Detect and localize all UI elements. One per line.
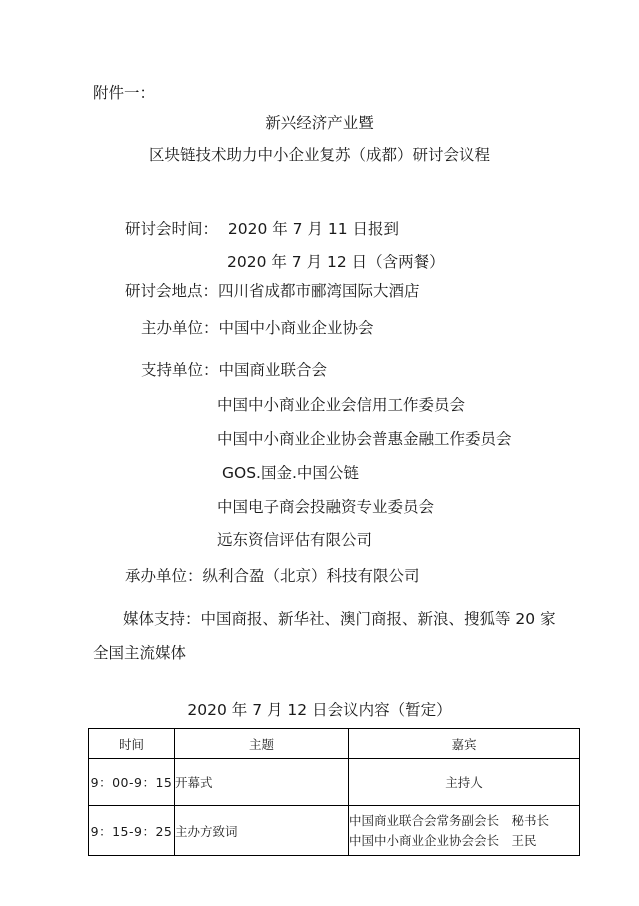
meeting-time-line-1: 研讨会时间： 2020 年 7 月 11 日报到: [125, 221, 399, 239]
agenda-row-host-speech: 9：15-9：25 主办方致词 中国商业联合会常务副会长 秘书长 中国中小商业企…: [89, 806, 580, 856]
agenda-table-header-row: 时间 主题 嘉宾: [89, 729, 580, 759]
agenda-row-opening: 9：00-9：15 开幕式 主持人: [89, 759, 580, 806]
media-support-line-1: 媒体支持：中国商报、新华社、澳门商报、新浪、搜狐等 20 家: [123, 611, 556, 629]
column-header-time: 时间: [89, 729, 175, 759]
column-header-topic: 主题: [175, 729, 349, 759]
supporting-org-line-2: 中国中小商业企业会信用工作委员会: [217, 397, 465, 415]
agenda-section-title: 2020 年 7 月 12 日会议内容（暂定）: [0, 702, 639, 720]
guest-cell: 主持人: [349, 759, 580, 806]
guest-cell: 中国商业联合会常务副会长 秘书长 中国中小商业企业协会会长 王民: [349, 806, 580, 856]
supporting-org-line-4: GOS.国金.中国公链: [222, 465, 359, 483]
supporting-org-line-3: 中国中小商业企业协会普惠金融工作委员会: [217, 431, 512, 449]
topic-cell: 主办方致词: [175, 806, 349, 856]
organizer-line: 承办单位：纵利合盈（北京）科技有限公司: [125, 568, 420, 586]
time-cell: 9：15-9：25: [89, 806, 175, 856]
supporting-org-line-1: 支持单位：中国商业联合会: [141, 362, 327, 380]
time-cell: 9：00-9：15: [89, 759, 175, 806]
document-page: 附件一： 新兴经济产业暨 区块链技术助力中小企业复苏（成都）研讨会议程 研讨会时…: [0, 0, 639, 906]
meeting-time-line-2: 2020 年 7 月 12 日（含两餐）: [227, 254, 445, 272]
guest-line-2: 中国中小商业企业协会会长 王民: [349, 831, 579, 851]
guest-line-1: 中国商业联合会常务副会长 秘书长: [349, 811, 579, 831]
agenda-table: 时间 主题 嘉宾 9：00-9：15 开幕式 主持人 9：15-9：25 主办方…: [88, 728, 580, 856]
media-support-line-2: 全国主流媒体: [93, 645, 186, 663]
document-title-line-1: 新兴经济产业暨: [0, 115, 639, 133]
document-title-line-2: 区块链技术助力中小企业复苏（成都）研讨会议程: [0, 147, 639, 165]
meeting-location-line: 研讨会地点：四川省成都市郦湾国际大酒店: [125, 283, 420, 301]
attachment-label: 附件一：: [93, 85, 155, 103]
topic-cell: 开幕式: [175, 759, 349, 806]
supporting-org-line-6: 远东资信评估有限公司: [217, 532, 372, 550]
host-organization-line: 主办单位：中国中小商业企业协会: [141, 320, 374, 338]
supporting-org-line-5: 中国电子商会投融资专业委员会: [217, 499, 434, 517]
column-header-guest: 嘉宾: [349, 729, 580, 759]
